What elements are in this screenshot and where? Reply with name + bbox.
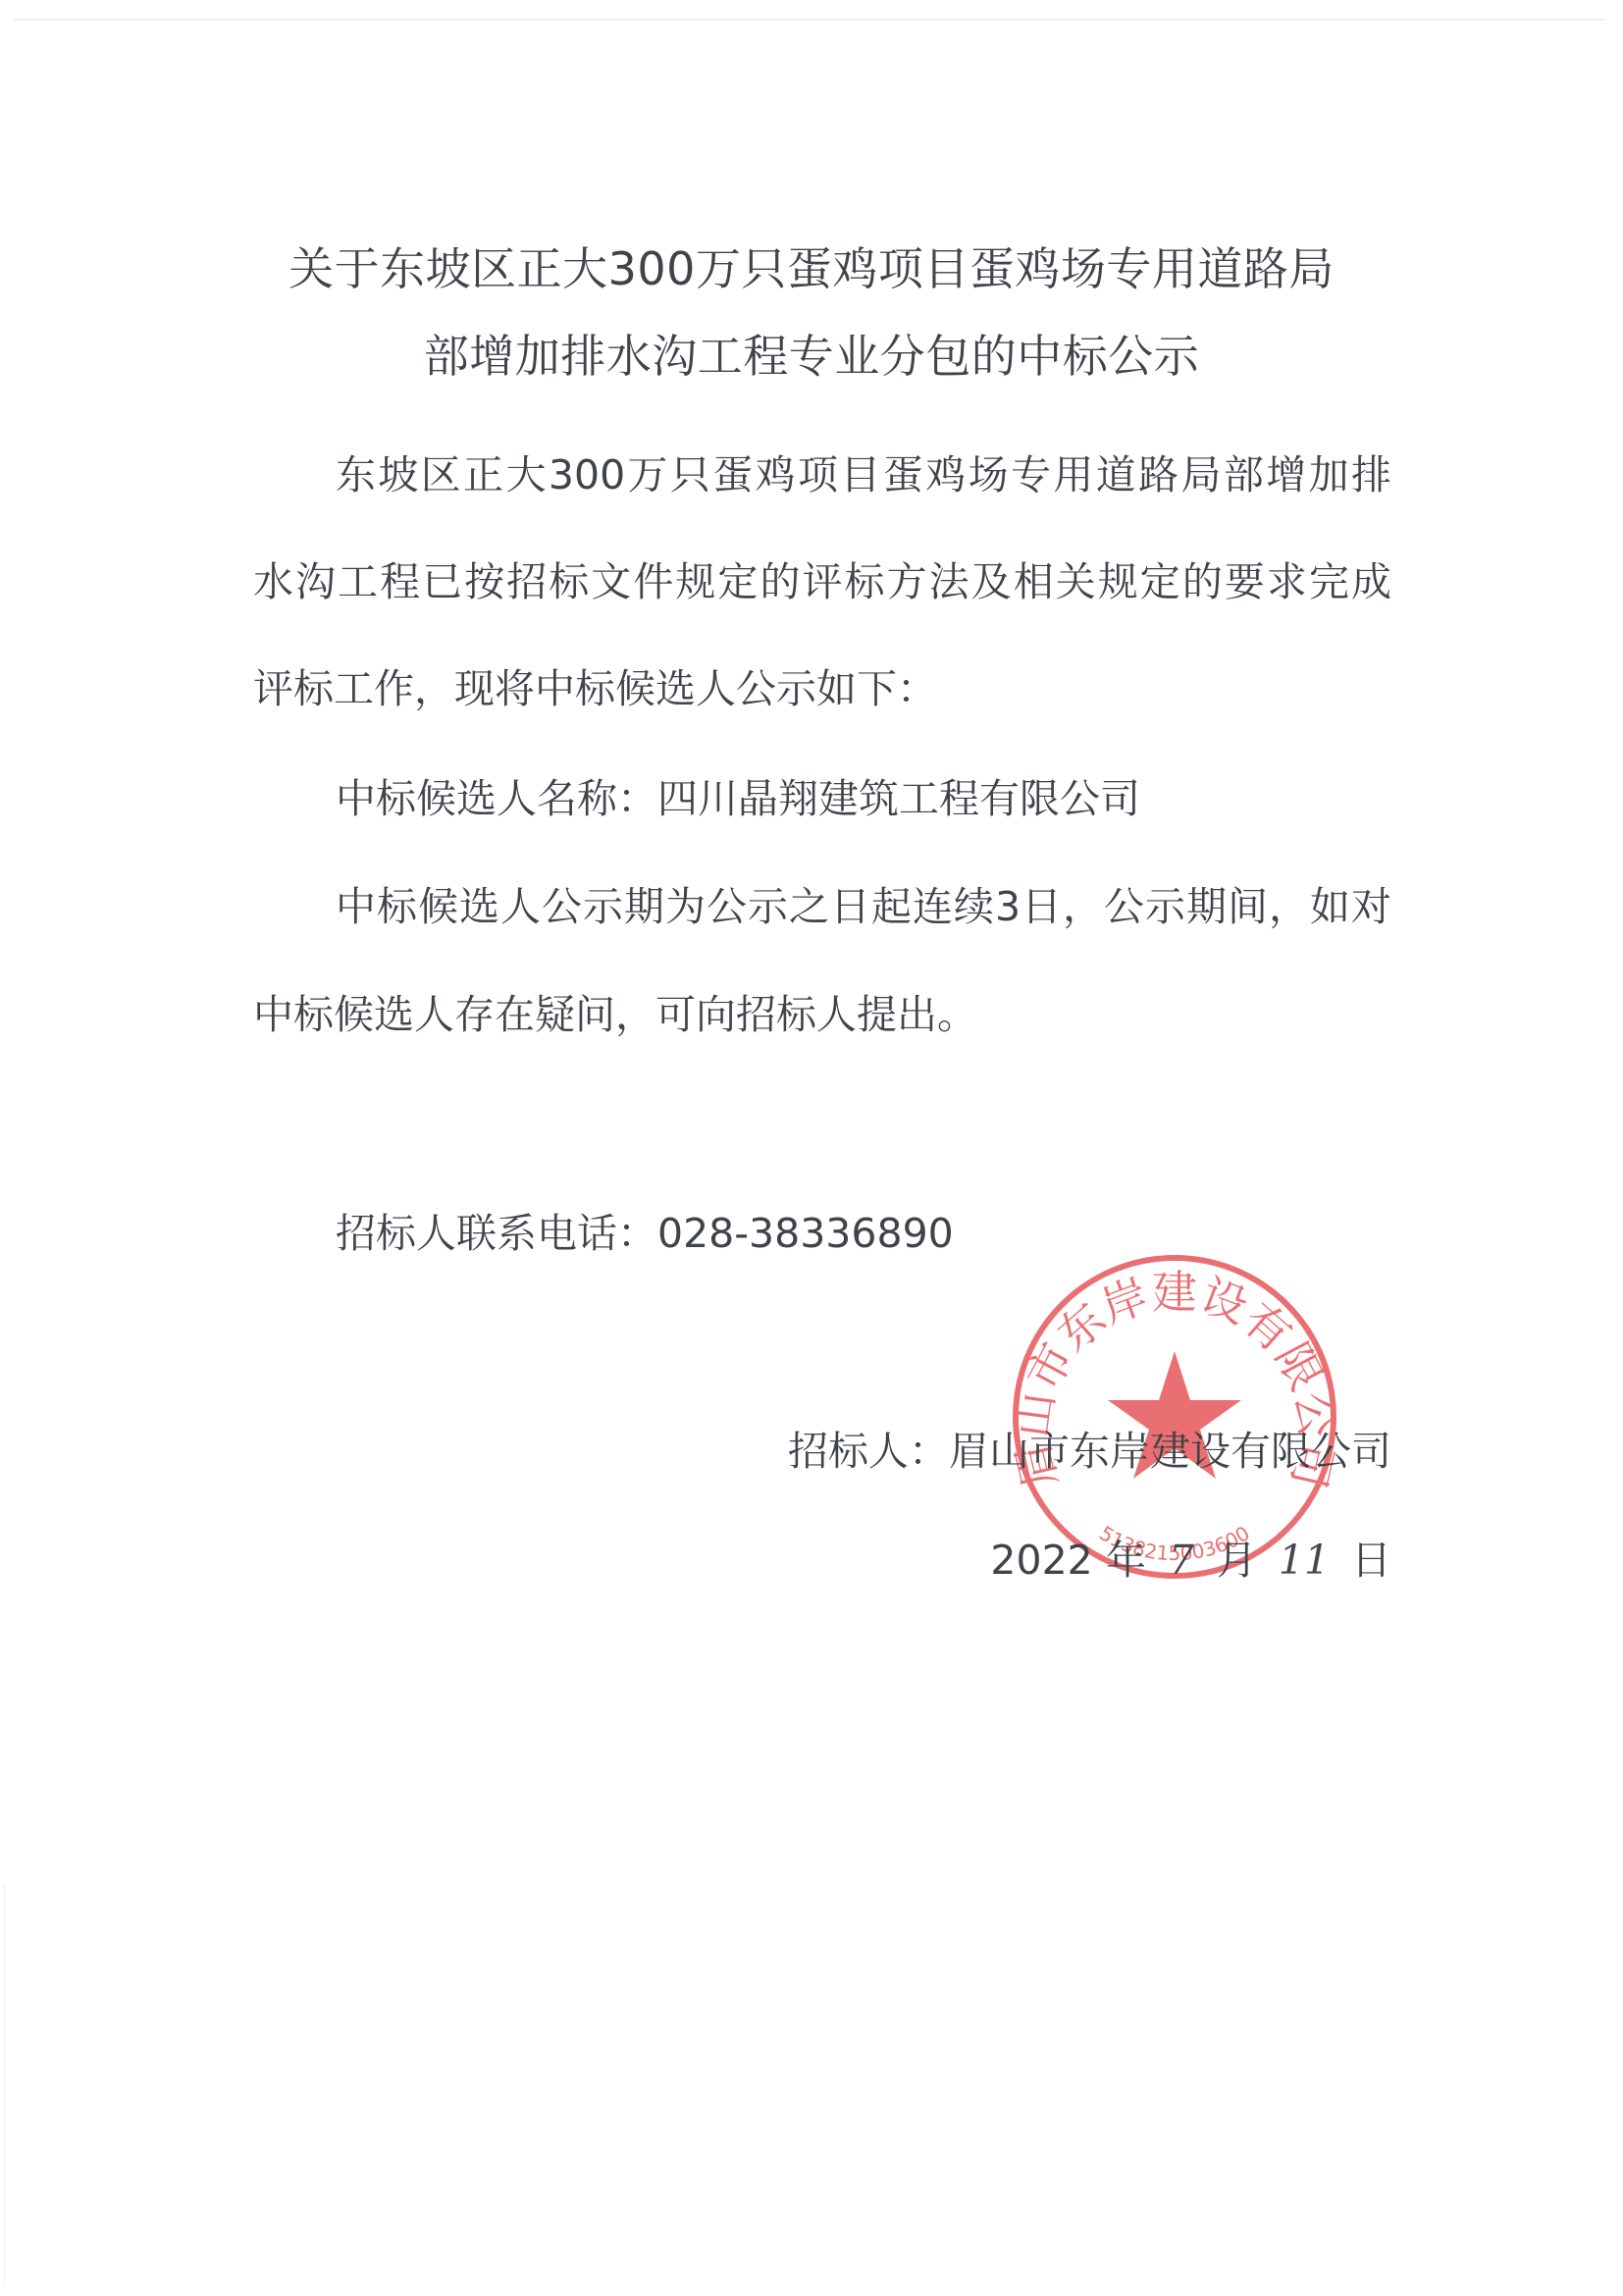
candidate-name-line: 中标候选人名称：四川晶翔建筑工程有限公司 bbox=[336, 771, 1140, 826]
scan-artifact-left bbox=[4, 1884, 5, 2286]
date-day-handwritten: 11 bbox=[1270, 1533, 1338, 1588]
signatory-line: 招标人：眉山市东岸建设有限公司 bbox=[788, 1424, 1391, 1479]
contact-line: 招标人联系电话：028-38336890 bbox=[336, 1206, 954, 1261]
contact-label: 招标人联系电话： bbox=[336, 1210, 657, 1257]
signatory-name: 眉山市东岸建设有限公司 bbox=[949, 1428, 1391, 1475]
contact-phone: 028-38336890 bbox=[657, 1210, 954, 1257]
date-year-unit: 年 bbox=[1106, 1537, 1146, 1584]
paragraph-1-line-3: 评标工作，现将中标候选人公示如下： bbox=[253, 661, 937, 716]
paragraph-1-line-1: 东坡区正大300万只蛋鸡项目蛋鸡场专用道路局部增加排 bbox=[336, 447, 1391, 502]
date-year: 2022 bbox=[990, 1537, 1092, 1584]
company-seal-stamp: 眉山市东岸建设有限公司 5138215003600 bbox=[1011, 1253, 1338, 1581]
signatory-label: 招标人： bbox=[788, 1428, 949, 1475]
document-title-line-1: 关于东坡区正大300万只蛋鸡项目蛋鸡场专用道路局 bbox=[0, 239, 1623, 298]
paragraph-1-line-2: 水沟工程已按招标文件规定的评标方法及相关规定的要求完成 bbox=[253, 554, 1391, 609]
document-title-line-2: 部增加排水沟工程专业分包的中标公示 bbox=[0, 327, 1623, 386]
paragraph-2-line-2: 中标候选人存在疑问，可向招标人提出。 bbox=[253, 987, 977, 1042]
scan-artifact-top bbox=[14, 19, 1605, 21]
date-month-handwritten: 7 bbox=[1159, 1533, 1204, 1588]
paragraph-2-line-1: 中标候选人公示期为公示之日起连续3日，公示期间，如对 bbox=[336, 879, 1391, 934]
date-line: 2022 年 7 月 11 日 bbox=[990, 1533, 1391, 1588]
date-month-unit: 月 bbox=[1217, 1537, 1257, 1584]
date-day-unit: 日 bbox=[1351, 1537, 1391, 1584]
